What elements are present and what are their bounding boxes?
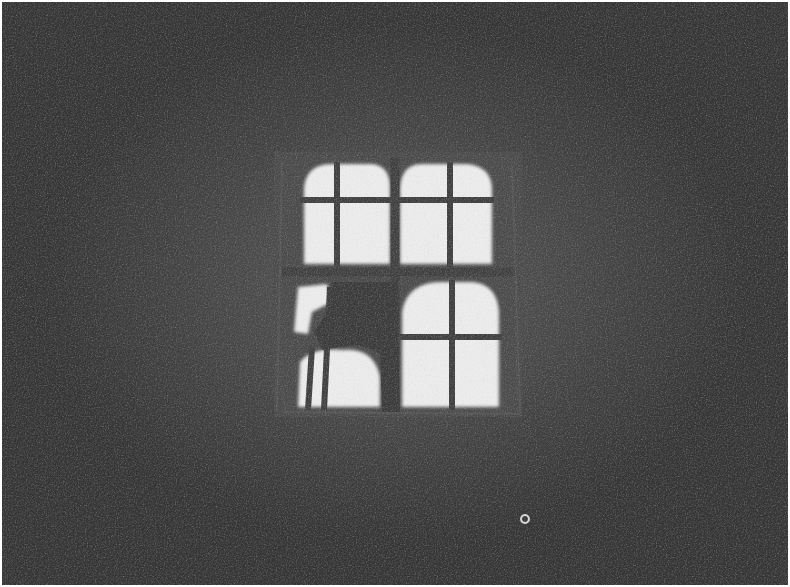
window-scene [2,2,788,585]
photograph [2,2,788,585]
